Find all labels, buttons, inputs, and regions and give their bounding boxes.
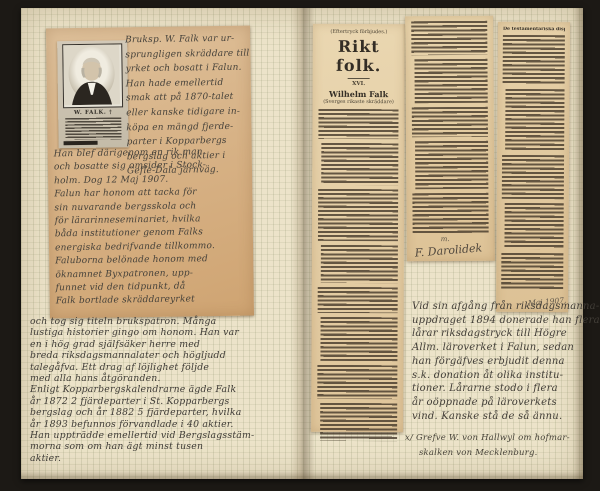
handwritten-line: smak att på 1870-talet <box>126 90 248 106</box>
copyright-line: (Eftertryck förbjudes.) <box>319 29 399 35</box>
newsprint-paragraph <box>501 253 563 289</box>
newsprint-paragraph <box>320 403 397 441</box>
handwritten-note-below-photo: Han blef därigenom en rik manoch bosatte… <box>54 146 252 310</box>
handwritten-line: Han uppträdde emellertid vid Bergslagsst… <box>30 430 300 441</box>
handwritten-line: breda riksdagsmannalater och högljudd <box>30 350 300 361</box>
newsprint-paragraph <box>415 141 488 190</box>
handwritten-line: en i hög grad själfsäker herre med <box>30 339 300 350</box>
handwritten-line: Allm. läroverket i Falun, sedan <box>412 341 592 355</box>
handwritten-line: Falk bortlade skräddareyrket <box>56 293 252 309</box>
newsprint-paragraph <box>321 245 398 283</box>
handwritten-line: vind. Kanske stå de så ännu. <box>412 410 592 424</box>
photo-caption: W. FALK. † <box>62 109 124 116</box>
newsprint-paragraph <box>414 59 487 104</box>
article-subject: Wilhelm Falk <box>319 89 399 99</box>
handwritten-line: s.k. donation åt olika institu- <box>412 369 592 383</box>
newsprint-paragraph <box>504 203 563 249</box>
scanned-scrapbook-photo: W. FALK. † Bruksp. W. Falk var ur-sprung… <box>0 0 600 491</box>
newspaper-clipping-column-2: m. F. Darolidek <box>405 16 495 262</box>
newsprint-paragraph <box>412 107 488 138</box>
portrait-of-w-falk <box>63 44 120 105</box>
newsprint-paragraph <box>502 155 564 199</box>
newsprint-paragraph <box>317 365 397 399</box>
newspaper-clipping-testament: De testamentariska dispositionerna. Maj … <box>496 22 570 312</box>
photo-caption-smallprint <box>65 117 121 140</box>
article-subtitle: (Sverges rikaste skräddare) <box>319 99 399 105</box>
newsprint-paragraph <box>318 287 398 313</box>
handwritten-line: Bruksp. W. Falk var ur- <box>125 32 247 48</box>
newsprint-paragraph <box>318 109 398 139</box>
newsprint-paragraph <box>318 189 398 241</box>
portrait-photo <box>62 43 123 108</box>
article-number: XVI. <box>319 81 399 87</box>
handwritten-line: med alla hans åtgöranden. <box>30 373 300 384</box>
pasted-note-sheet: W. FALK. † Bruksp. W. Falk var ur-sprung… <box>46 26 254 319</box>
article-title: Rikt folk. <box>319 37 399 75</box>
title-rule <box>348 78 370 79</box>
handwritten-line: år oöppnade på läroverkets <box>412 396 592 410</box>
caption-ink-bar <box>64 141 98 145</box>
pencil-mark: m. <box>441 235 450 243</box>
handwritten-line: uppdraget 1894 donerade han flera <box>412 314 592 328</box>
handwritten-line: talegåfva. Ett drag af löjlighet följde <box>30 362 300 373</box>
handwritten-line: Enligt Kopparbergskalendrarne ägde Falk <box>30 384 300 395</box>
handwritten-line: morna som om han ägt minst tusen <box>30 441 300 452</box>
handwritten-line: skalken von Mecklenburg. <box>405 446 585 461</box>
newsprint-paragraph <box>411 21 487 56</box>
handwritten-line: lårar riksdagstryck till Högre <box>412 327 592 341</box>
newsprint-paragraph <box>412 193 488 234</box>
handwritten-line: år 1872 2 fjärdeparter i St. Kopparbergs <box>30 396 300 407</box>
handwritten-line: år 1893 befunnos förvandlade i 40 aktier… <box>30 419 300 430</box>
handwritten-text-right-page: Vid sin afgång från riksdagsmanna-uppdra… <box>412 300 592 423</box>
handwritten-line: och tog sig titeln brukspatron. Många <box>30 316 300 327</box>
handwritten-text-left-page: och tog sig titeln brukspatron. Mångalus… <box>30 316 300 464</box>
pencil-signature: F. Darolidek <box>414 241 482 259</box>
handwritten-line: aktier. <box>30 453 300 464</box>
handwritten-line: han förgäfves erbjudit denna <box>412 355 592 369</box>
newspaper-clipping-rikt-folk: (Eftertryck förbjudes.) Rikt folk. XVI. … <box>311 24 405 432</box>
handwritten-line: eller kanske tidigare in- <box>126 105 248 121</box>
newsprint-paragraph <box>503 35 565 85</box>
clipping-heading: De testamentariska dispositionerna. <box>503 27 565 32</box>
handwritten-line: lustiga historier gingo om honom. Han va… <box>30 327 300 338</box>
handwritten-line: köpa en mängd fjerde- <box>126 119 248 135</box>
portrait-newspaper-clipping: W. FALK. † <box>57 40 128 148</box>
handwritten-line: x/ Grefve W. von Hallwyl om hofmar- <box>405 431 585 446</box>
handwritten-line: Vid sin afgång från riksdagsmanna- <box>412 300 592 314</box>
handwritten-line: yrket och bosatt i Falun. <box>125 61 247 77</box>
newsprint-paragraph <box>320 317 397 361</box>
album-spread: W. FALK. † Bruksp. W. Falk var ur-sprung… <box>21 8 583 479</box>
handwritten-line: bergslag och år 1882 5 fjärdeparter, hvi… <box>30 407 300 418</box>
newsprint-paragraph <box>321 143 398 185</box>
bottom-page-edge-shadow <box>21 471 583 479</box>
handwritten-footnote: x/ Grefve W. von Hallwyl om hofmar-skalk… <box>405 431 585 461</box>
newsprint-paragraph <box>505 89 564 151</box>
handwritten-line: tioner. Lårarne stodo i flera <box>412 382 592 396</box>
